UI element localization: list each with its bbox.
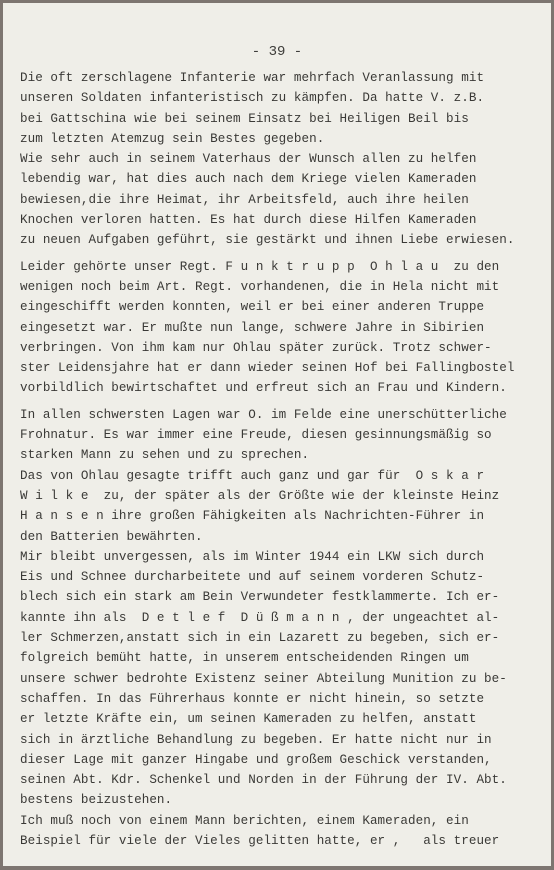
- text-line: ster Leidensjahre hat er dann wieder sei…: [20, 358, 550, 378]
- text-line: Wie sehr auch in seinem Vaterhaus der Wu…: [20, 149, 550, 169]
- text-line: sich in ärztliche Behandlung zu begeben.…: [20, 730, 550, 750]
- text-line: bei Gattschina wie bei seinem Einsatz be…: [20, 109, 550, 129]
- text-line: Ich muß noch von einem Mann berichten, e…: [20, 811, 550, 831]
- text-line: bewiesen,die ihre Heimat, ihr Arbeitsfel…: [20, 190, 550, 210]
- text-line: Mir bleibt unvergessen, als im Winter 19…: [20, 547, 550, 567]
- text-line: er letzte Kräfte ein, um seinen Kamerade…: [20, 709, 550, 729]
- text-line: folgreich bemüht hatte, in unserem entsc…: [20, 648, 550, 668]
- paragraph: In allen schwersten Lagen war O. im Feld…: [20, 405, 550, 852]
- text-line: H a n s e n ihre großen Fähigkeiten als …: [20, 506, 550, 526]
- text-line: ler Schmerzen,anstatt sich in ein Lazare…: [20, 628, 550, 648]
- paragraph: Die oft zerschlagene Infanterie war mehr…: [20, 68, 550, 251]
- text-line: den Batterien bewährten.: [20, 527, 550, 547]
- text-line: Das von Ohlau gesagte trifft auch ganz u…: [20, 466, 550, 486]
- page-number: - 39 -: [3, 44, 551, 60]
- text-line: Frohnatur. Es war immer eine Freude, die…: [20, 425, 550, 445]
- text-line: starken Mann zu sehen und zu sprechen.: [20, 445, 550, 465]
- text-line: Leider gehörte unser Regt. F u n k t r u…: [20, 257, 550, 277]
- text-line: W i l k e zu, der später als der Größte …: [20, 486, 550, 506]
- text-line: kannte ihn als D e t l e f D ü ß m a n n…: [20, 608, 550, 628]
- text-line: bestens beizustehen.: [20, 790, 550, 810]
- paragraph: Leider gehörte unser Regt. F u n k t r u…: [20, 257, 550, 399]
- text-line: schaffen. In das Führerhaus konnte er ni…: [20, 689, 550, 709]
- text-line: Eis und Schnee durcharbeitete und auf se…: [20, 567, 550, 587]
- text-line: vorbildlich bewirtschaftet und erfreut s…: [20, 378, 550, 398]
- text-line: seinen Abt. Kdr. Schenkel und Norden in …: [20, 770, 550, 790]
- text-line: blech sich ein stark am Bein Verwundeter…: [20, 587, 550, 607]
- text-line: lebendig war, hat dies auch nach dem Kri…: [20, 169, 550, 189]
- text-line: eingesetzt war. Er mußte nun lange, schw…: [20, 318, 550, 338]
- text-line: dieser Lage mit ganzer Hingabe und große…: [20, 750, 550, 770]
- text-line: eingeschifft werden konnten, weil er bei…: [20, 297, 550, 317]
- text-line: Die oft zerschlagene Infanterie war mehr…: [20, 68, 550, 88]
- text-line: In allen schwersten Lagen war O. im Feld…: [20, 405, 550, 425]
- text-line: verbringen. Von ihm kam nur Ohlau später…: [20, 338, 550, 358]
- text-line: wenigen noch beim Art. Regt. vorhandenen…: [20, 277, 550, 297]
- body-text: Die oft zerschlagene Infanterie war mehr…: [20, 68, 550, 851]
- text-line: unseren Soldaten infanteristisch zu kämp…: [20, 88, 550, 108]
- text-line: unsere schwer bedrohte Existenz seiner A…: [20, 669, 550, 689]
- text-line: Beispiel für viele der Vieles gelitten h…: [20, 831, 550, 851]
- text-line: Knochen verloren hatten. Es hat durch di…: [20, 210, 550, 230]
- text-line: zu neuen Aufgaben geführt, sie gestärkt …: [20, 230, 550, 250]
- document-page: - 39 - Die oft zerschlagene Infanterie w…: [3, 3, 551, 866]
- text-line: zum letzten Atemzug sein Bestes gegeben.: [20, 129, 550, 149]
